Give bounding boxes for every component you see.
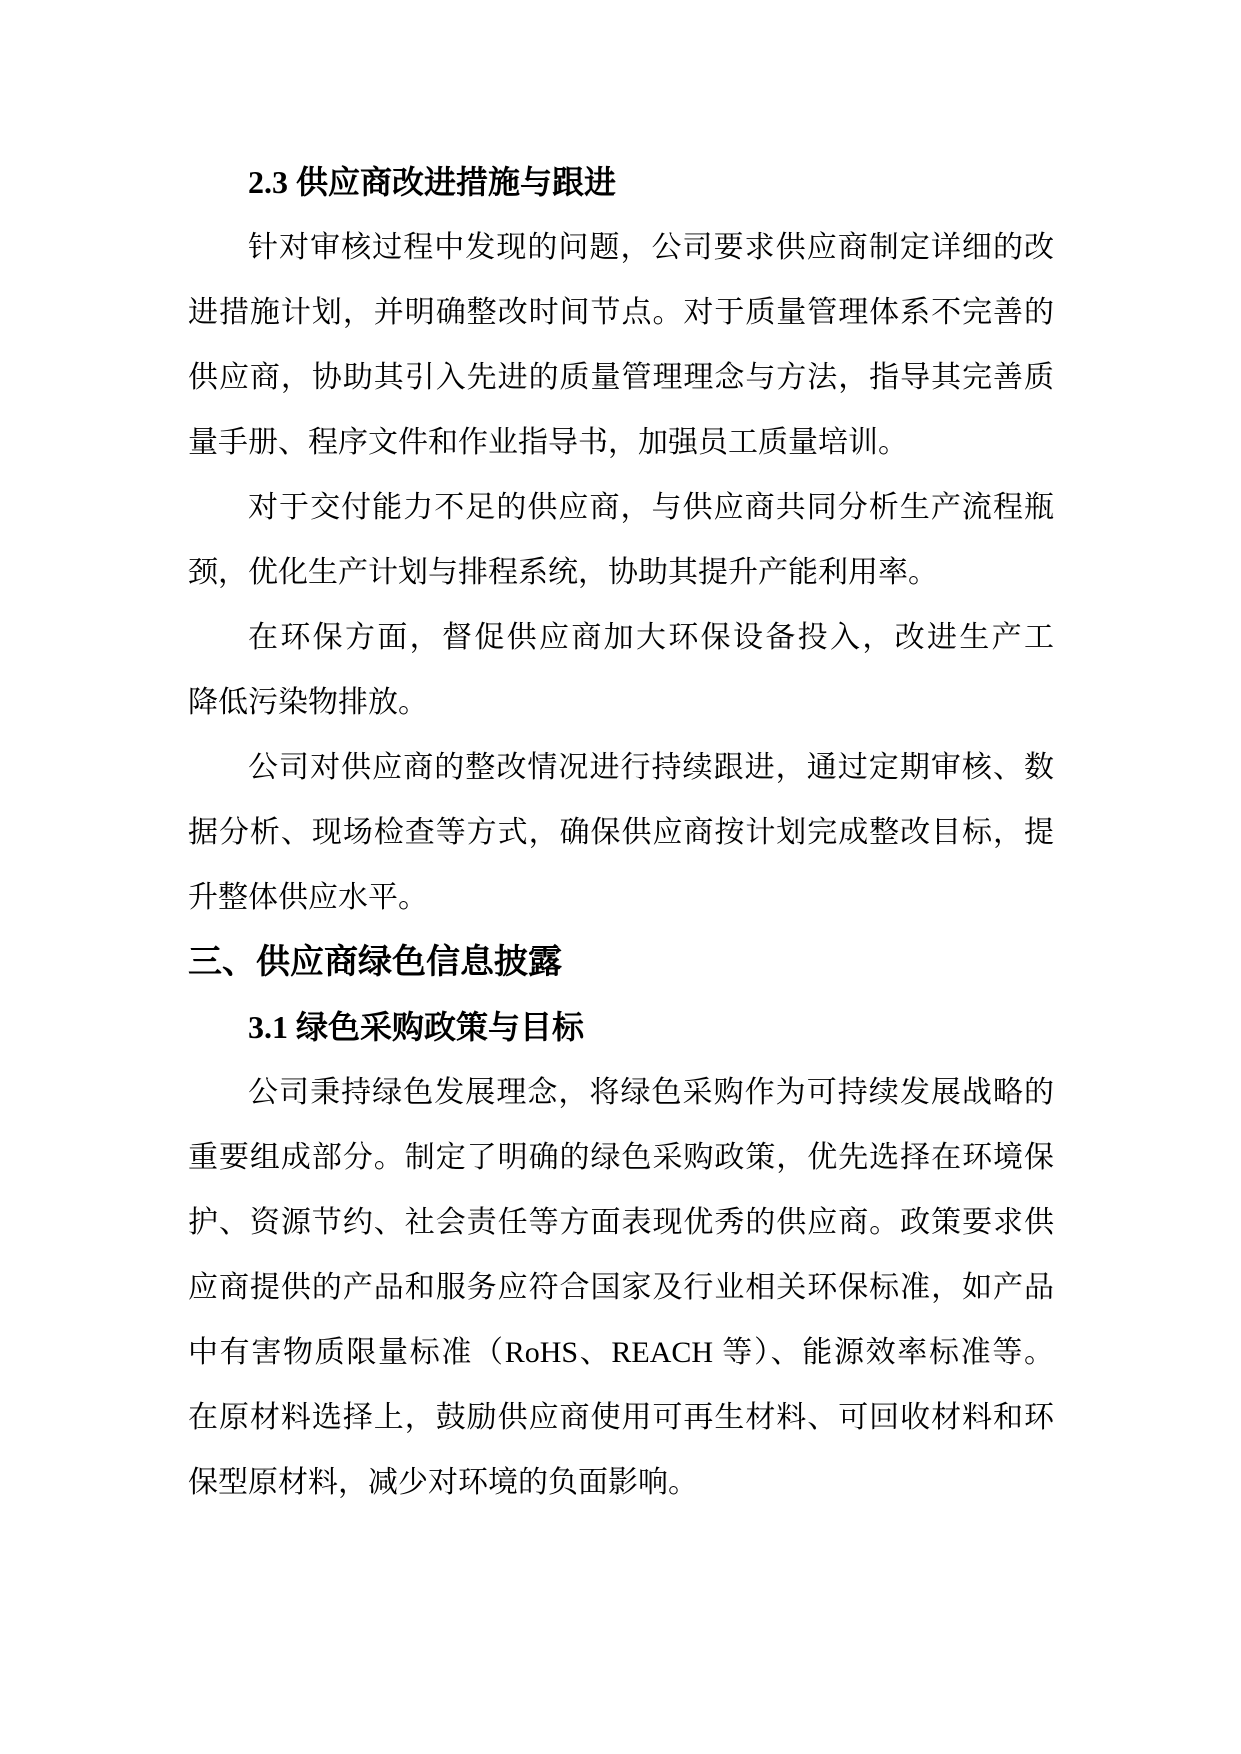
- body-line: 在原材料选择上，鼓励供应商使用可再生材料、可回收材料和环: [188, 1385, 1054, 1450]
- body-line: 护、资源节约、社会责任等方面表现优秀的供应商。政策要求供: [188, 1190, 1054, 1255]
- body-line: 公司秉持绿色发展理念，将绿色采购作为可持续发展战略的: [188, 1060, 1054, 1125]
- body-line: 在环保方面，督促供应商加大环保设备投入，改进生产工艺，: [188, 605, 1054, 670]
- document-page: 2.3 供应商改进措施与跟进 针对审核过程中发现的问题，公司要求供应商制定详细的…: [0, 0, 1241, 1754]
- text-content: 2.3 供应商改进措施与跟进 针对审核过程中发现的问题，公司要求供应商制定详细的…: [188, 150, 1054, 1515]
- subsection-heading-2-3: 2.3 供应商改进措施与跟进: [188, 150, 1054, 215]
- body-line: 据分析、现场检查等方式，确保供应商按计划完成整改目标，提: [188, 800, 1054, 865]
- body-line: 针对审核过程中发现的问题，公司要求供应商制定详细的改: [188, 215, 1054, 280]
- body-line: 对于交付能力不足的供应商，与供应商共同分析生产流程瓶: [188, 475, 1054, 540]
- body-line: 应商提供的产品和服务应符合国家及行业相关环保标准，如产品: [188, 1255, 1054, 1320]
- body-line: 进措施计划，并明确整改时间节点。对于质量管理体系不完善的: [188, 280, 1054, 345]
- body-line: 量手册、程序文件和作业指导书，加强员工质量培训。: [188, 410, 1054, 475]
- body-line: 供应商，协助其引入先进的质量管理理念与方法，指导其完善质: [188, 345, 1054, 410]
- body-line: 中有害物质限量标准（RoHS、REACH 等）、能源效率标准等。: [188, 1320, 1054, 1385]
- body-line: 降低污染物排放。: [188, 670, 1054, 735]
- subsection-heading-3-1: 3.1 绿色采购政策与目标: [188, 995, 1054, 1060]
- body-line: 保型原材料，减少对环境的负面影响。: [188, 1450, 1054, 1515]
- section-heading-3: 三、供应商绿色信息披露: [188, 930, 1054, 995]
- body-line: 升整体供应水平。: [188, 865, 1054, 930]
- body-line: 重要组成部分。制定了明确的绿色采购政策，优先选择在环境保: [188, 1125, 1054, 1190]
- body-line: 公司对供应商的整改情况进行持续跟进，通过定期审核、数: [188, 735, 1054, 800]
- body-line: 颈，优化生产计划与排程系统，协助其提升产能利用率。: [188, 540, 1054, 605]
